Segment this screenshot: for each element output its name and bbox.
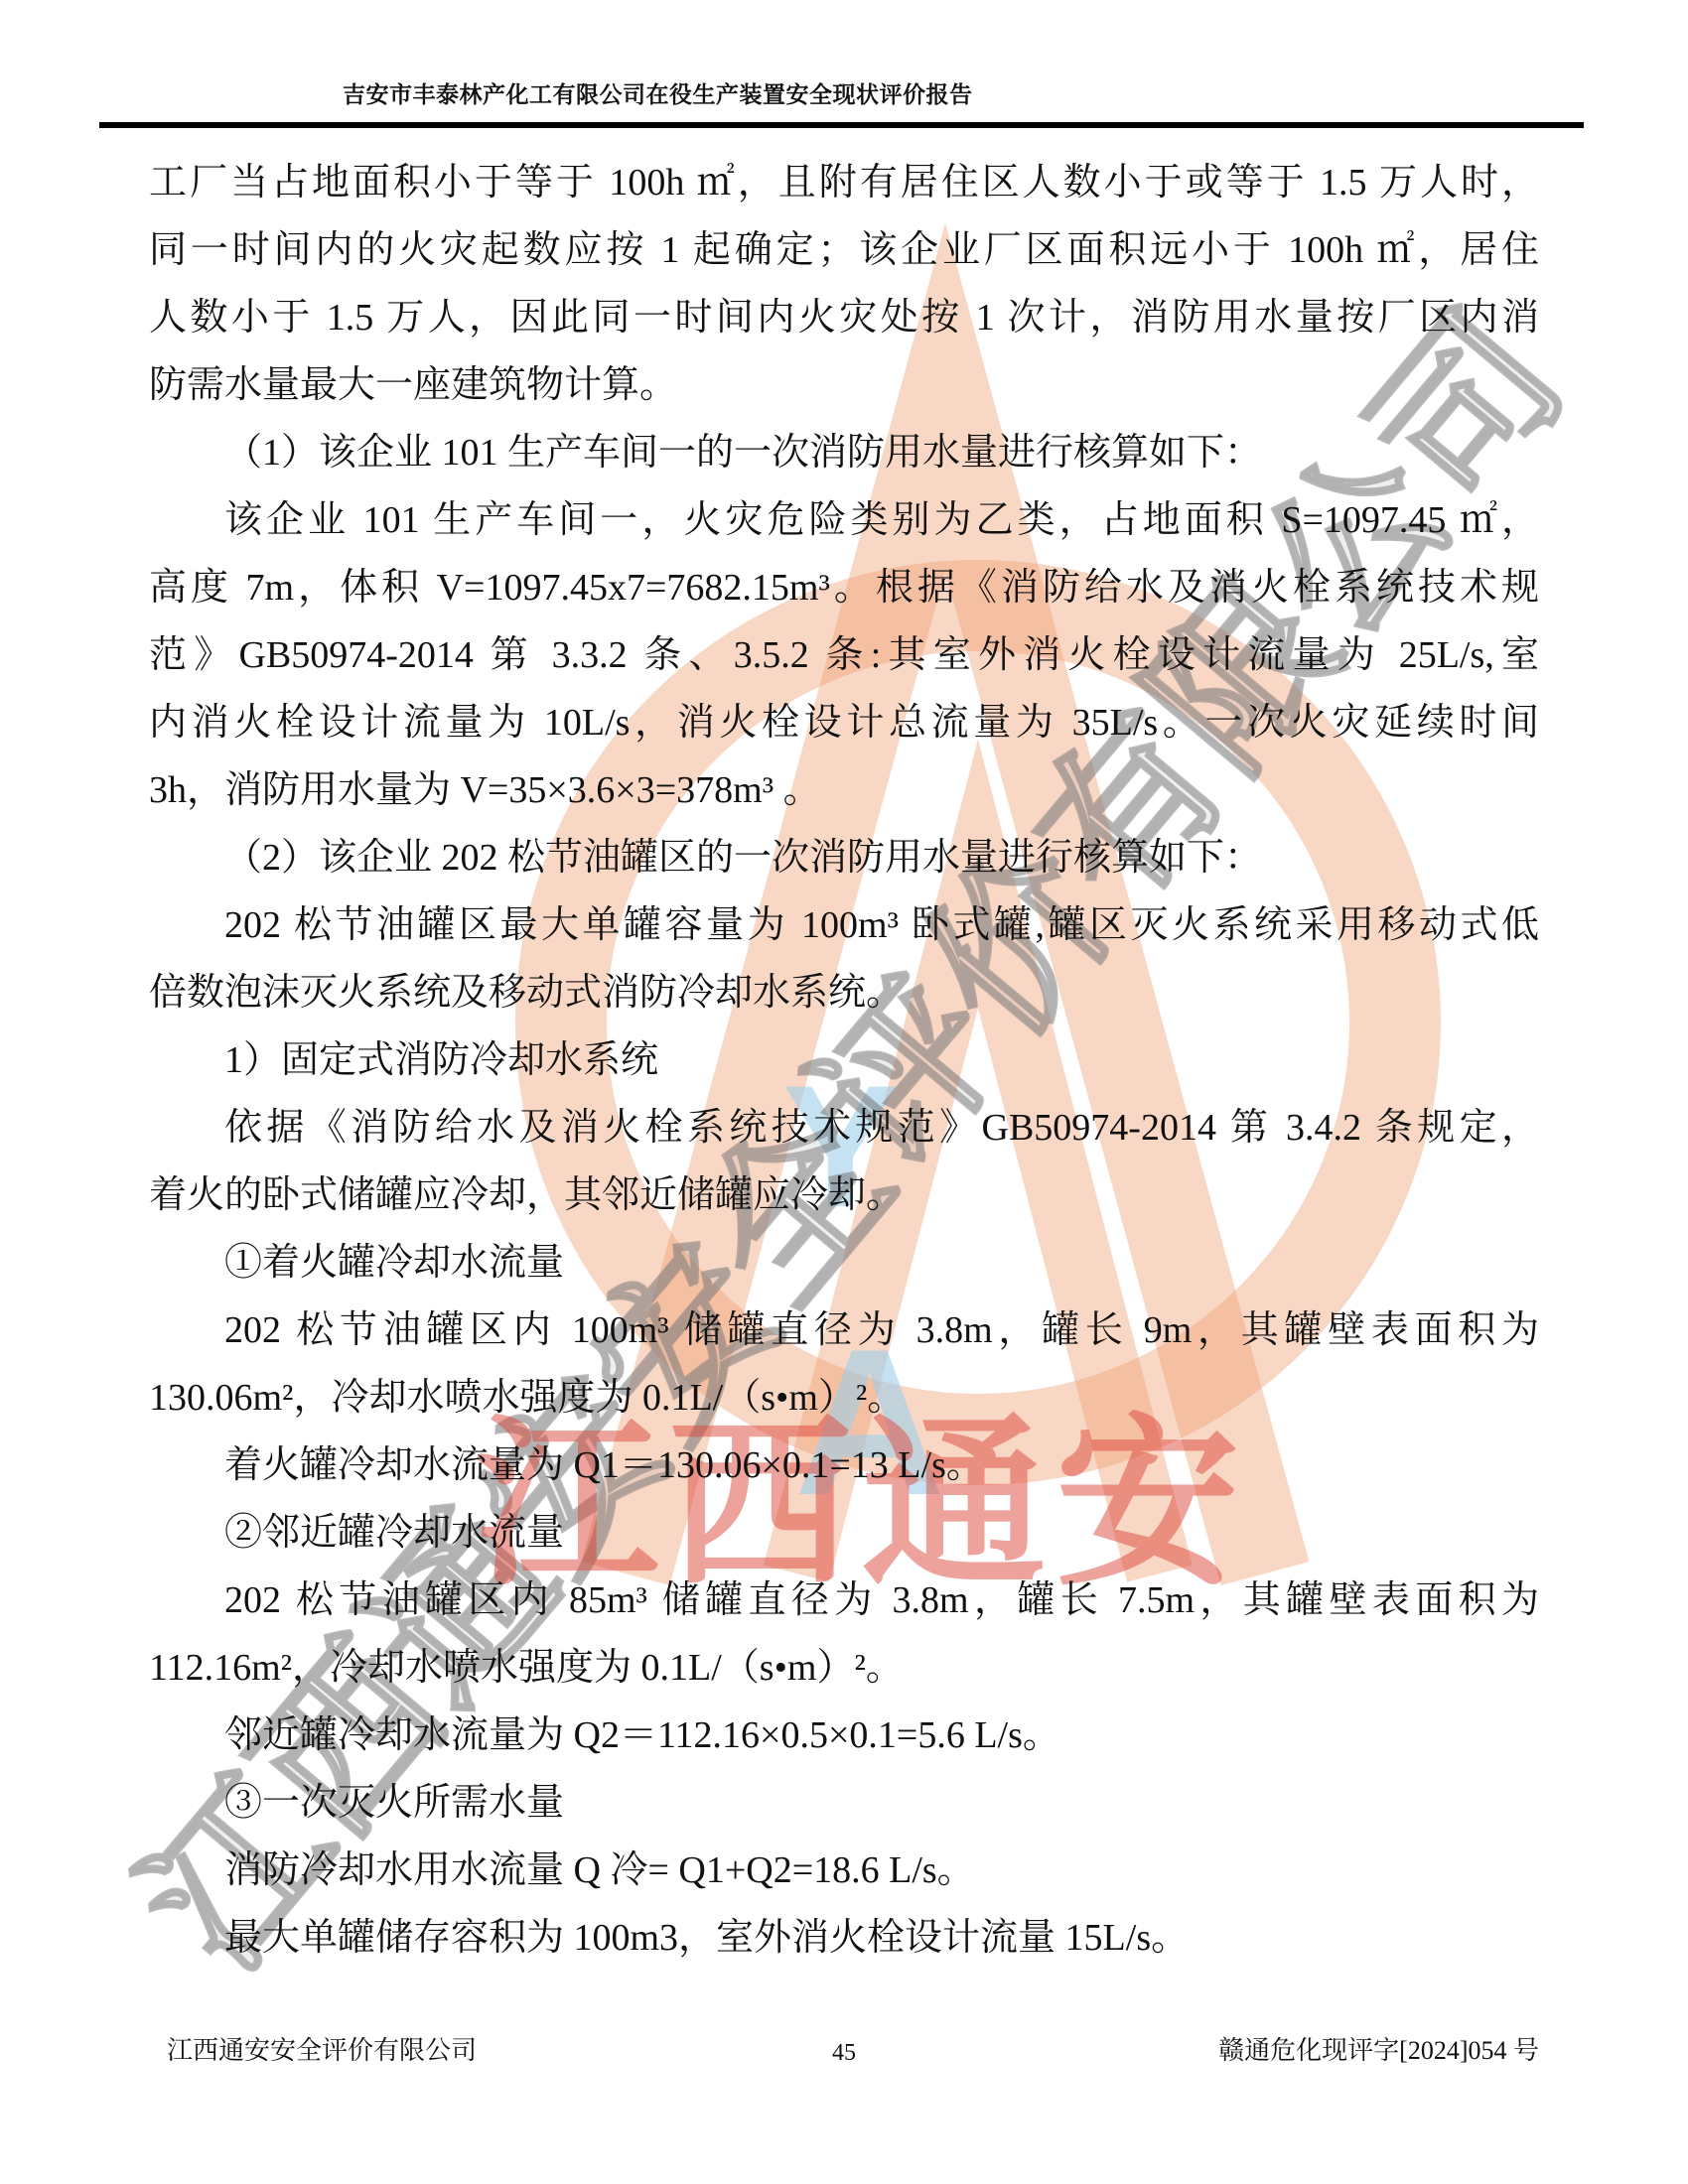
body-line: 依据《消防给水及消火栓系统技术规范》GB50974-2014 第 3.4.2 条… bbox=[149, 1094, 1539, 1161]
page-header-title: 吉安市丰泰林产化工有限公司在役生产装置安全现状评价报告 bbox=[343, 79, 973, 111]
body-line: 防需水量最大一座建筑物计算。 bbox=[149, 351, 1539, 419]
body-line: ③一次灭火所需水量 bbox=[149, 1769, 1539, 1837]
body-line: （1）该企业 101 生产车间一的一次消防用水量进行核算如下： bbox=[149, 419, 1539, 486]
body-line: 1）固定式消防冷却水系统 bbox=[149, 1026, 1539, 1094]
body-line: ①着火罐冷却水流量 bbox=[149, 1229, 1539, 1297]
body-line: 130.06m²，冷却水喷水强度为 0.1L/（s•m）²。 bbox=[149, 1364, 1539, 1432]
body-line: 202 松节油罐区内 100m³ 储罐直径为 3.8m，罐长 9m，其罐壁表面积… bbox=[149, 1297, 1539, 1364]
body-line: 工厂当占地面积小于等于 100h ㎡，且附有居住区人数小于或等于 1.5 万人时… bbox=[149, 149, 1539, 216]
report-page: Y A 江西通安安全评价有限公司 江西通安 吉安市丰泰林产化工有限公司在役生产装… bbox=[0, 0, 1688, 2184]
body-line: 最大单罐储存容积为 100m3，室外消火栓设计流量 15L/s。 bbox=[149, 1904, 1539, 1972]
body-line: 范》GB50974-2014 第 3.3.2 条、3.5.2 条:其室外消火栓设… bbox=[149, 621, 1539, 689]
body-line: （2）该企业 202 松节油罐区的一次消防用水量进行核算如下： bbox=[149, 824, 1539, 891]
document-content: 吉安市丰泰林产化工有限公司在役生产装置安全现状评价报告 工厂当占地面积小于等于 … bbox=[0, 0, 1688, 2184]
page-footer: 江西通安安全评价有限公司 45 赣通危化现评字[2024]054 号 bbox=[0, 2031, 1688, 2071]
body-line: 112.16m²，冷却水喷水强度为 0.1L/（s•m）²。 bbox=[149, 1634, 1539, 1702]
footer-doc-number: 赣通危化现评字[2024]054 号 bbox=[1218, 2031, 1539, 2071]
body-line: 内消火栓设计流量为 10L/s，消火栓设计总流量为 35L/s。一次火灾延续时间 bbox=[149, 689, 1539, 756]
body-line: 同一时间内的火灾起数应按 1 起确定；该企业厂区面积远小于 100h ㎡，居住 bbox=[149, 216, 1539, 284]
header-rule bbox=[99, 122, 1584, 128]
body-line: 高度 7m，体积 V=1097.45x7=7682.15m³。根据《消防给水及消… bbox=[149, 554, 1539, 621]
body-line: 着火罐冷却水流量为 Q1＝130.06×0.1=13 L/s。 bbox=[149, 1432, 1539, 1499]
body-line: 人数小于 1.5 万人，因此同一时间内火灾处按 1 次计，消防用水量按厂区内消 bbox=[149, 284, 1539, 351]
body-line: 消防冷却水用水流量 Q 冷= Q1+Q2=18.6 L/s。 bbox=[149, 1837, 1539, 1904]
body-line: 202 松节油罐区内 85m³ 储罐直径为 3.8m，罐长 7.5m，其罐壁表面… bbox=[149, 1567, 1539, 1634]
body-line: ②邻近罐冷却水流量 bbox=[149, 1499, 1539, 1567]
body-line: 着火的卧式储罐应冷却，其邻近储罐应冷却。 bbox=[149, 1161, 1539, 1229]
body-line: 3h，消防用水量为 V=35×3.6×3=378m³ 。 bbox=[149, 756, 1539, 824]
body-text: 工厂当占地面积小于等于 100h ㎡，且附有居住区人数小于或等于 1.5 万人时… bbox=[149, 149, 1539, 1972]
body-line: 202 松节油罐区最大单罐容量为 100m³ 卧式罐,罐区灭火系统采用移动式低 bbox=[149, 891, 1539, 959]
body-line: 该企业 101 生产车间一，火灾危险类别为乙类，占地面积 S=1097.45 ㎡… bbox=[149, 486, 1539, 554]
body-line: 倍数泡沫灭火系统及移动式消防冷却水系统。 bbox=[149, 959, 1539, 1026]
body-line: 邻近罐冷却水流量为 Q2＝112.16×0.5×0.1=5.6 L/s。 bbox=[149, 1702, 1539, 1769]
